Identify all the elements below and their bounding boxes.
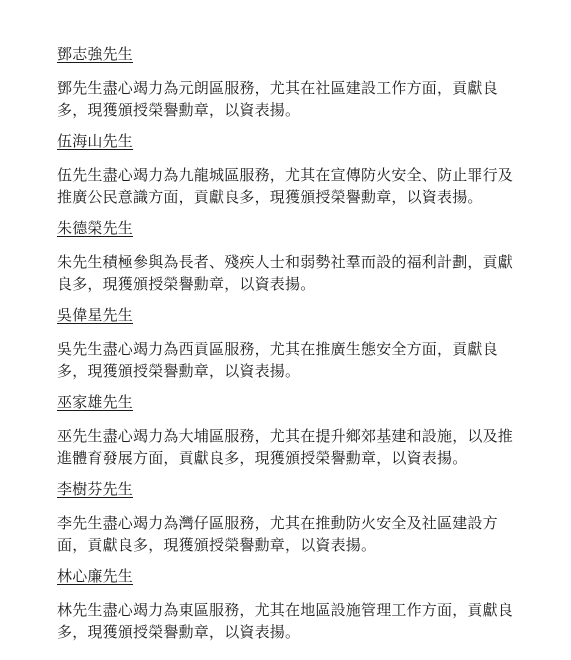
- citation-paragraph: 伍先生盡心竭力為九龍城區服務，尤其在宣傳防火安全、防止罪行及 推廣公民意識方面，…: [57, 165, 521, 209]
- citation-paragraph: 吳先生盡心竭力為西貢區服務，尤其在推廣生態安全方面，貢獻良 多，現獲頒授榮譽勳章…: [57, 339, 521, 383]
- citation-paragraph: 巫先生盡心竭力為大埔區服務，尤其在提升鄉郊基建和設施，以及推 進體育發展方面，貢…: [57, 426, 521, 470]
- recipient-name: 鄧志強先生: [57, 44, 521, 66]
- honour-entry: 李樹芬先生 李先生盡心竭力為灣仔區服務，尤其在推動防火安全及社區建設方 面，貢獻…: [57, 479, 521, 557]
- citation-paragraph: 李先生盡心竭力為灣仔區服務，尤其在推動防火安全及社區建設方 面，貢獻良多，現獲頒…: [57, 513, 521, 557]
- recipient-name: 林心廉先生: [57, 566, 521, 588]
- honour-entry: 巫家雄先生 巫先生盡心竭力為大埔區服務，尤其在提升鄉郊基建和設施，以及推 進體育…: [57, 392, 521, 470]
- honour-entry: 伍海山先生 伍先生盡心竭力為九龍城區服務，尤其在宣傳防火安全、防止罪行及 推廣公…: [57, 131, 521, 209]
- citation-paragraph: 朱先生積極參與為長者、殘疾人士和弱勢社羣而設的福利計劃，貢獻 良多，現獲頒授榮譽…: [57, 252, 521, 296]
- honour-entry: 鄧志強先生 鄧先生盡心竭力為元朗區服務，尤其在社區建設工作方面，貢獻良 多，現獲…: [57, 44, 521, 122]
- recipient-name: 朱德榮先生: [57, 218, 521, 240]
- recipient-name: 李樹芬先生: [57, 479, 521, 501]
- honour-entry: 林心廉先生 林先生盡心竭力為東區服務，尤其在地區設施管理工作方面，貢獻良 多，現…: [57, 566, 521, 644]
- citation-paragraph: 林先生盡心竭力為東區服務，尤其在地區設施管理工作方面，貢獻良 多，現獲頒授榮譽勳…: [57, 600, 521, 644]
- honour-entry: 吳偉星先生 吳先生盡心竭力為西貢區服務，尤其在推廣生態安全方面，貢獻良 多，現獲…: [57, 305, 521, 383]
- recipient-name: 吳偉星先生: [57, 305, 521, 327]
- recipient-name: 巫家雄先生: [57, 392, 521, 414]
- citation-paragraph: 鄧先生盡心竭力為元朗區服務，尤其在社區建設工作方面，貢獻良 多，現獲頒授榮譽勳章…: [57, 78, 521, 122]
- honour-entry: 朱德榮先生 朱先生積極參與為長者、殘疾人士和弱勢社羣而設的福利計劃，貢獻 良多，…: [57, 218, 521, 296]
- document-page: 鄧志強先生 鄧先生盡心竭力為元朗區服務，尤其在社區建設工作方面，貢獻良 多，現獲…: [0, 0, 571, 660]
- recipient-name: 伍海山先生: [57, 131, 521, 153]
